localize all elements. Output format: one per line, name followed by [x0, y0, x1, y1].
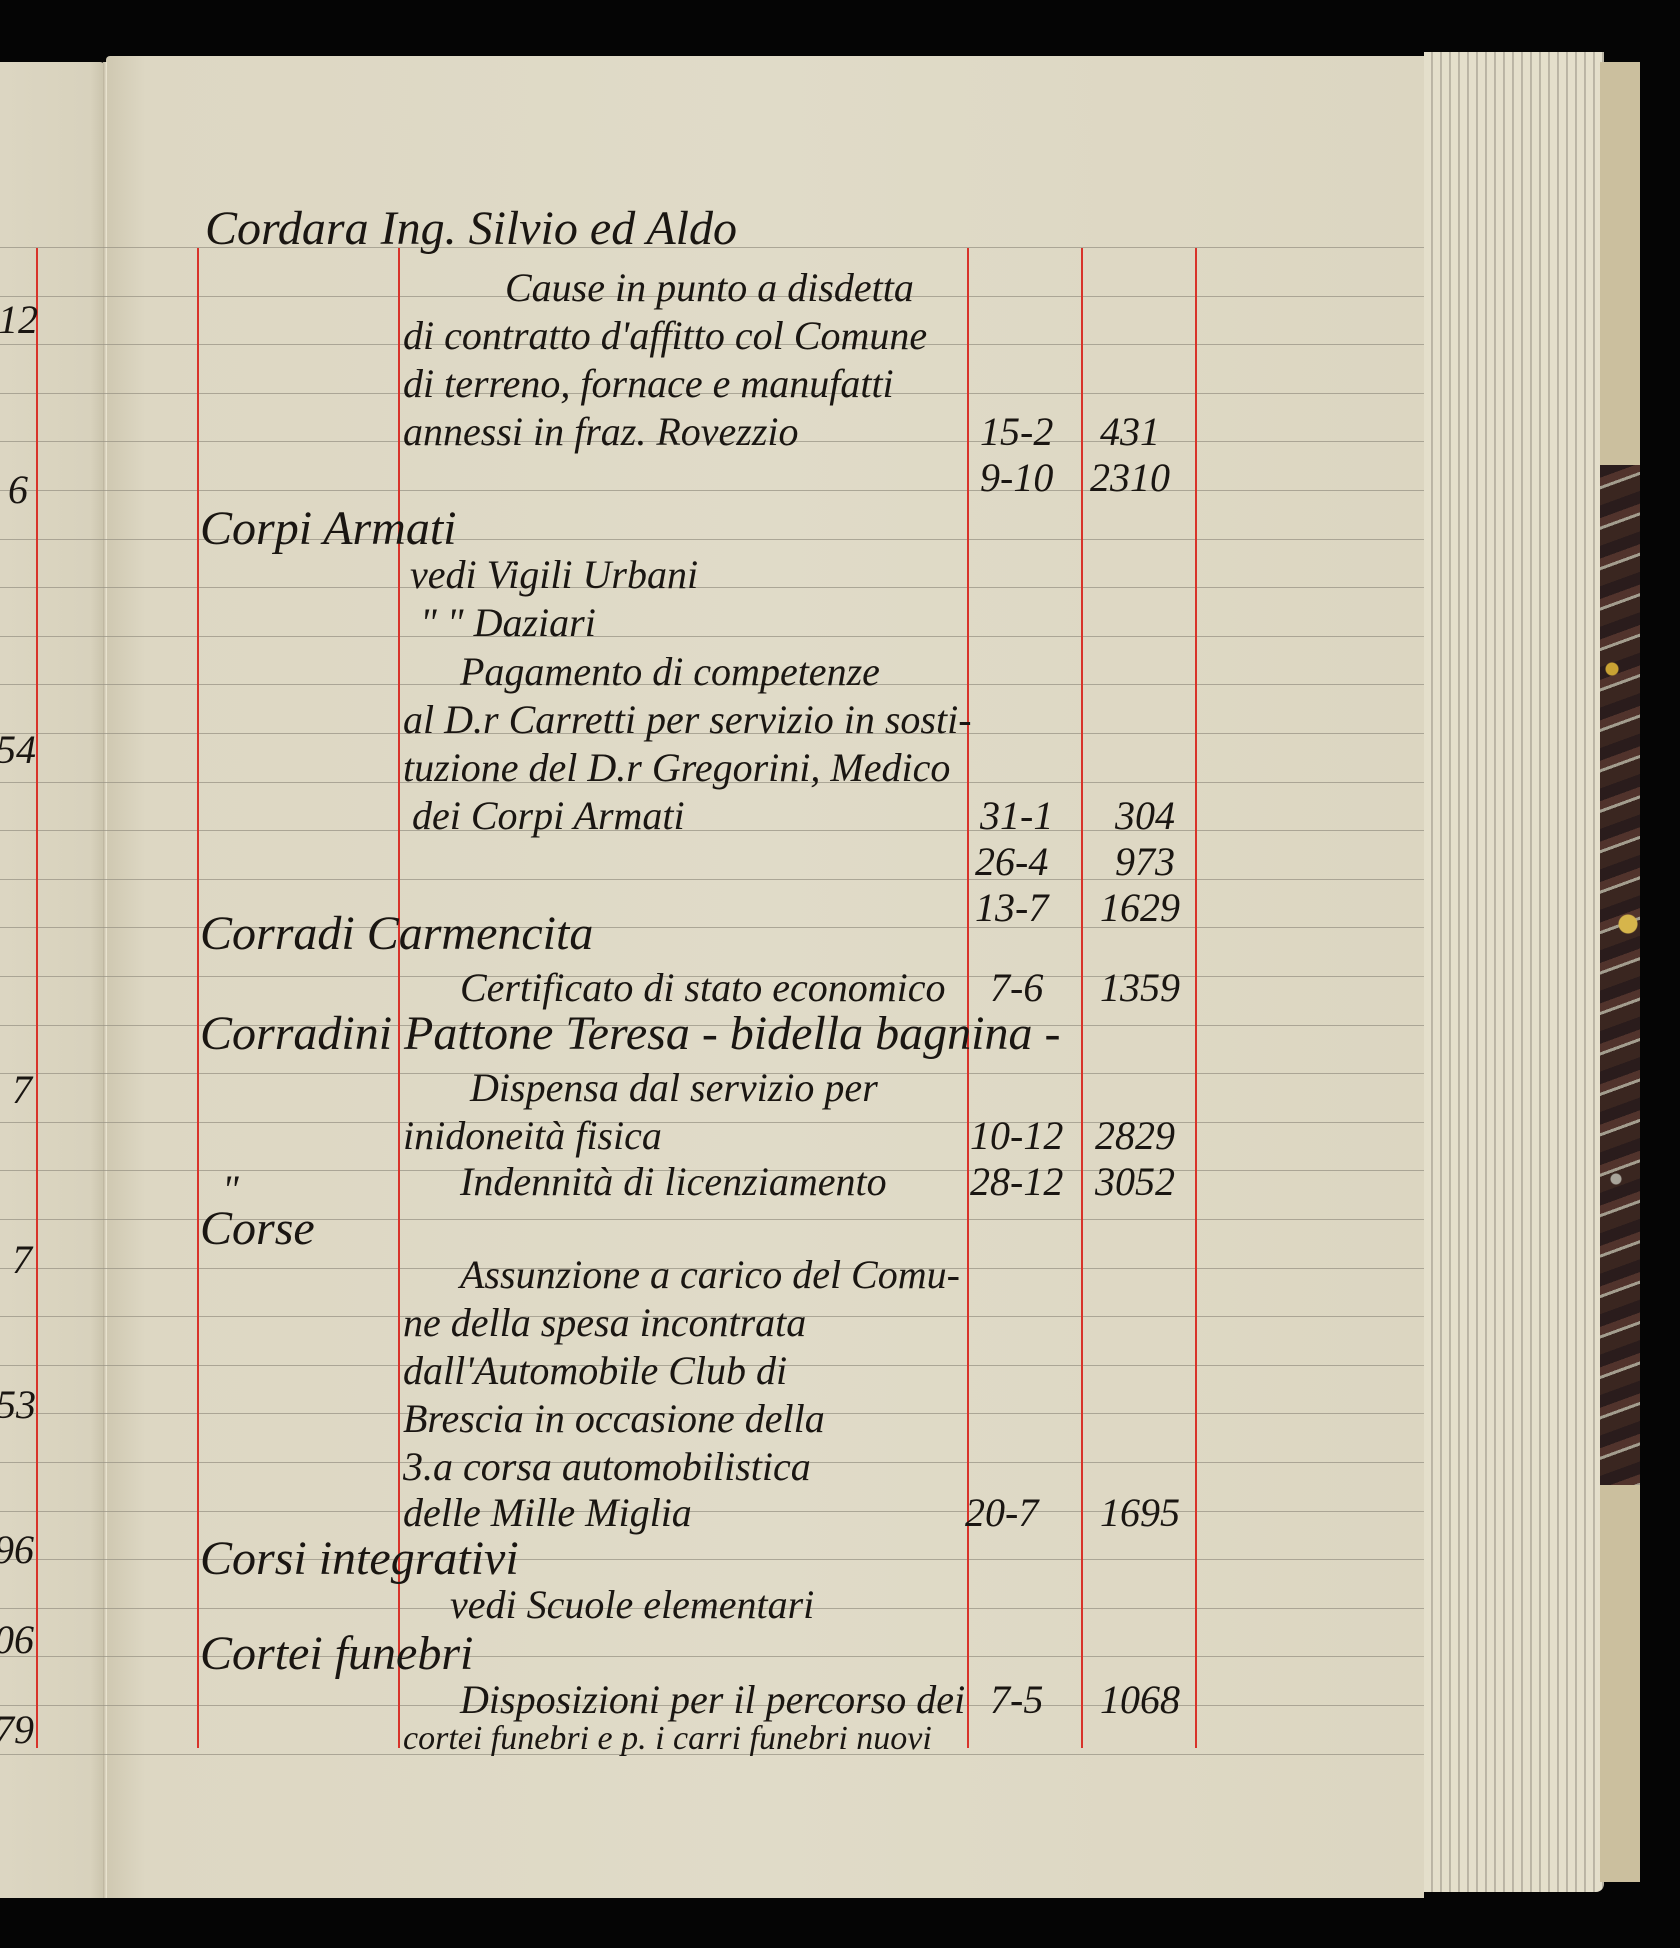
entry-date: 9-10 — [980, 458, 1053, 498]
entry-line: annessi in fraz. Rovezzio — [403, 412, 799, 452]
left-margin-number: 79 — [0, 1710, 34, 1750]
entry-line: dei Corpi Armati — [412, 796, 685, 836]
entry-line: Pagamento di competenze — [460, 652, 880, 692]
entry-number: 2310 — [1090, 458, 1170, 498]
entry-line: ne della spesa incontrata — [403, 1303, 806, 1343]
left-margin-number: 12 — [0, 300, 38, 340]
entry-date: 7-5 — [990, 1680, 1043, 1720]
entry-number: 1695 — [1100, 1493, 1180, 1533]
ruled-line — [0, 636, 1424, 637]
entry-date: 26-4 — [975, 842, 1048, 882]
ruled-line — [0, 879, 1424, 880]
left-margin-number: 6 — [8, 470, 28, 510]
marbled-cover — [1600, 465, 1640, 1485]
entry-number: 973 — [1115, 842, 1175, 882]
ruled-line — [0, 830, 1424, 831]
entry-line: di contratto d'affitto col Comune — [403, 316, 927, 356]
entry-heading: Cordara Ing. Silvio ed Aldo — [205, 205, 737, 253]
entry-line: inidoneità fisica — [403, 1116, 662, 1156]
entry-line: Assunzione a carico del Comu- — [460, 1255, 960, 1295]
entry-heading: Corradi Carmencita — [200, 910, 593, 958]
entry-number: 1359 — [1100, 968, 1180, 1008]
entry-line: Cause in punto a disdetta — [505, 268, 914, 308]
entry-heading: Corradini Pattone Teresa - bidella bagni… — [200, 1010, 1060, 1058]
left-margin-number: 53 — [0, 1385, 36, 1425]
page-stack-edge — [1424, 52, 1604, 1892]
entry-heading: Corpi Armati — [200, 505, 457, 553]
entry-line: vedi Vigili Urbani — [410, 555, 698, 595]
entry-number: 1629 — [1100, 888, 1180, 928]
entry-date: 15-2 — [980, 412, 1053, 452]
entry-number: 431 — [1100, 412, 1160, 452]
left-margin-number: 7 — [12, 1240, 32, 1280]
entry-heading: Corsi integrativi — [200, 1535, 519, 1583]
entry-number: 3052 — [1095, 1162, 1175, 1202]
ruled-line — [0, 587, 1424, 588]
entry-line: Certificato di stato economico — [460, 968, 946, 1008]
entry-line: Disposizioni per il percorso dei — [460, 1680, 965, 1720]
entry-date: 20-7 — [965, 1493, 1038, 1533]
left-margin-number: 06 — [0, 1620, 34, 1660]
entry-heading: Cortei funebri — [200, 1630, 473, 1678]
column-line-number — [1081, 248, 1083, 1748]
column-line-2 — [398, 248, 400, 1748]
entry-line: 3.a corsa automobilistica — [403, 1447, 811, 1487]
entry-line: Indennità di licenziamento — [460, 1162, 887, 1202]
column-line-1 — [197, 248, 199, 1748]
left-margin-number: 96 — [0, 1530, 34, 1570]
left-margin-number: 7 — [12, 1070, 32, 1110]
entry-number: 2829 — [1095, 1116, 1175, 1156]
left-page-margin-line — [36, 248, 38, 1748]
ruled-line — [0, 490, 1424, 491]
entry-line: Dispensa dal servizio per — [470, 1068, 878, 1108]
entry-line: tuzione del D.r Gregorini, Medico — [403, 748, 950, 788]
entry-line: Brescia in occasione della — [403, 1399, 825, 1439]
entry-line: " " Daziari — [420, 603, 596, 643]
entry-date: 10-12 — [970, 1116, 1063, 1156]
entry-line: cortei funebri e p. i carri funebri nuov… — [403, 1722, 932, 1756]
entry-line: vedi Scuole elementari — [450, 1585, 814, 1625]
column-line-end — [1195, 248, 1197, 1748]
entry-date: 13-7 — [975, 888, 1048, 928]
entry-line: delle Mille Miglia — [403, 1493, 692, 1533]
left-margin-number: 54 — [0, 730, 36, 770]
entry-heading: Corse — [200, 1205, 315, 1253]
entry-number: 1068 — [1100, 1680, 1180, 1720]
entry-date: 28-12 — [970, 1162, 1063, 1202]
ruled-line — [0, 1122, 1424, 1123]
entry-number: 304 — [1115, 796, 1175, 836]
entry-date: 7-6 — [990, 968, 1043, 1008]
entry-date: 31-1 — [980, 796, 1053, 836]
entry-line: al D.r Carretti per servizio in sosti- — [403, 700, 972, 740]
book-gutter — [103, 62, 107, 1898]
entry-line: dall'Automobile Club di — [403, 1351, 787, 1391]
entry-line: di terreno, fornace e manufatti — [403, 364, 894, 404]
ruled-line — [0, 1511, 1424, 1512]
